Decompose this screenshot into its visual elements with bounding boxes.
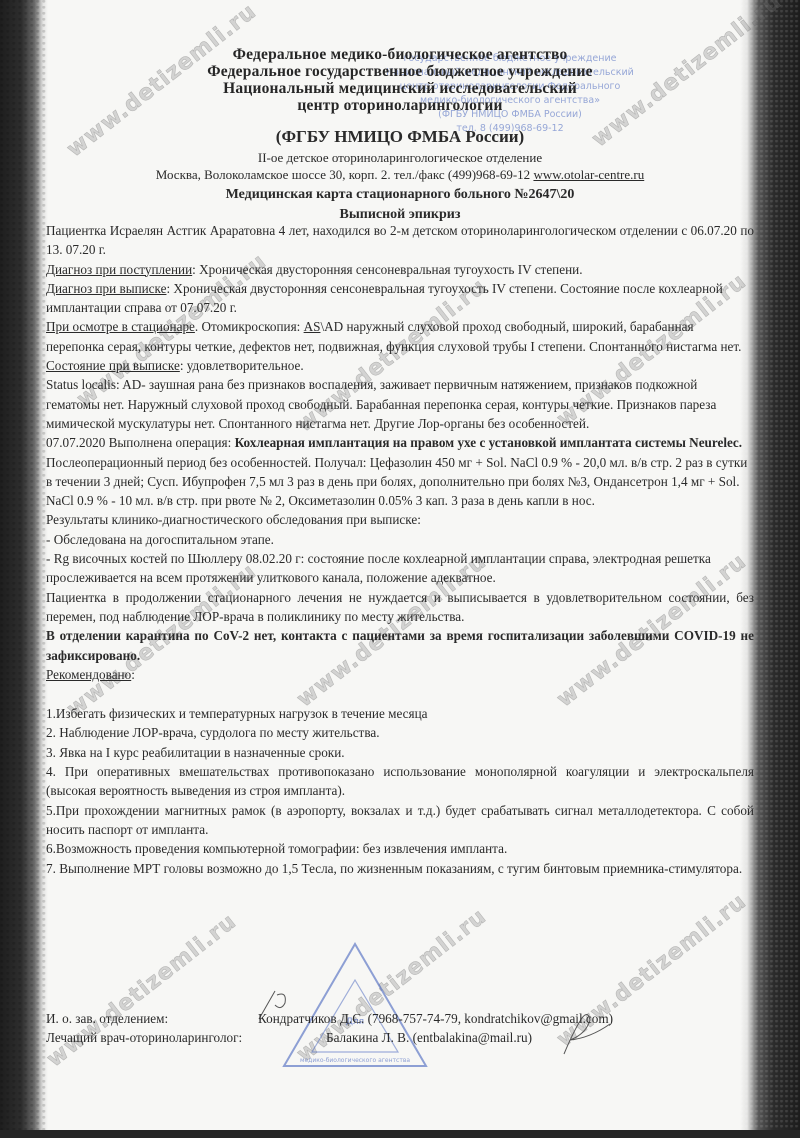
recommendation-item: 1.Избегать физических и температурных на…	[46, 704, 754, 723]
patient-info: Пациентка Исраелян Астгик Араратовна 4 л…	[46, 221, 754, 260]
postoperative-treatment: Послеоперационный период без особенносте…	[46, 453, 754, 511]
organization-abbreviation: (ФГБУ НМИЦО ФМБА России)	[0, 127, 800, 147]
examination: При осмотре в стационаре. Отомикроскопия…	[46, 317, 754, 356]
admission-diagnosis: Диагноз при поступлении: Хроническая дву…	[46, 260, 754, 279]
operation: 07.07.2020 Выполнена операция: Кохлеарна…	[46, 433, 754, 452]
result-item: - Обследована на догоспитальном этапе.	[46, 530, 754, 549]
recommendation-item: 4. При оперативных вмешательствах против…	[46, 762, 754, 801]
discharge-diagnosis: Диагноз при выписке: Хроническая двустор…	[46, 279, 754, 318]
conclusion: Пациентка в продолжении стационарного ле…	[46, 588, 754, 627]
signature-name: Балакина Л. В. (entbalakina@mail.ru)	[326, 1030, 532, 1046]
department-name: II-ое детское оториноларингологическое о…	[0, 150, 800, 166]
status-localis: Status localis: AD- заушная рана без при…	[46, 375, 754, 433]
signature-role: И. о. зав. отделением:	[46, 1011, 168, 1027]
svg-text:медико-биологического агентств: медико-биологического агентства	[300, 1057, 410, 1064]
recommendation-item: 7. Выполнение МРТ головы возможно до 1,5…	[46, 859, 754, 878]
medical-card-title: Медицинская карта стационарного больного…	[0, 187, 800, 203]
address-line: Москва, Волоколамское шоссе 30, корп. 2.…	[0, 167, 800, 183]
recommendation-item: 6.Возможность проведения компьютерной то…	[46, 839, 754, 858]
recommended-label: Рекомендовано:	[46, 665, 754, 684]
discharge-state: Состояние при выписке: удовлетворительно…	[46, 356, 754, 375]
organization-header: Федеральное медико-биологическое агентст…	[0, 46, 800, 114]
scan-edge-bottom	[0, 1130, 800, 1138]
signature-name: Кондратчиков Д.С. (7968-757-74-79, kondr…	[258, 1011, 613, 1027]
signature-role: Лечащий врач-оториноларинголог:	[46, 1030, 242, 1046]
covid-statement: В отделении карантина по CoV-2 нет, конт…	[46, 626, 754, 665]
recommendation-item: 2. Наблюдение ЛОР-врача, сурдолога по ме…	[46, 723, 754, 742]
results-header: Результаты клинико-диагностического обсл…	[46, 510, 754, 529]
triangle-stamp: Для медико-биологического агентства	[280, 940, 430, 1070]
discharge-summary-body: Пациентка Исраелян Астгик Араратовна 4 л…	[46, 221, 754, 878]
recommendation-item: 3. Явка на I курс реабилитации в назначе…	[46, 743, 754, 762]
website-link[interactable]: www.otolar-centre.ru	[533, 167, 644, 182]
result-item: - Rg височных костей по Шюллеру 08.02.20…	[46, 549, 754, 588]
recommendation-item: 5.При прохождении магнитных рамок (в аэр…	[46, 801, 754, 840]
watermark: www.detizemli.ru	[42, 909, 241, 1072]
